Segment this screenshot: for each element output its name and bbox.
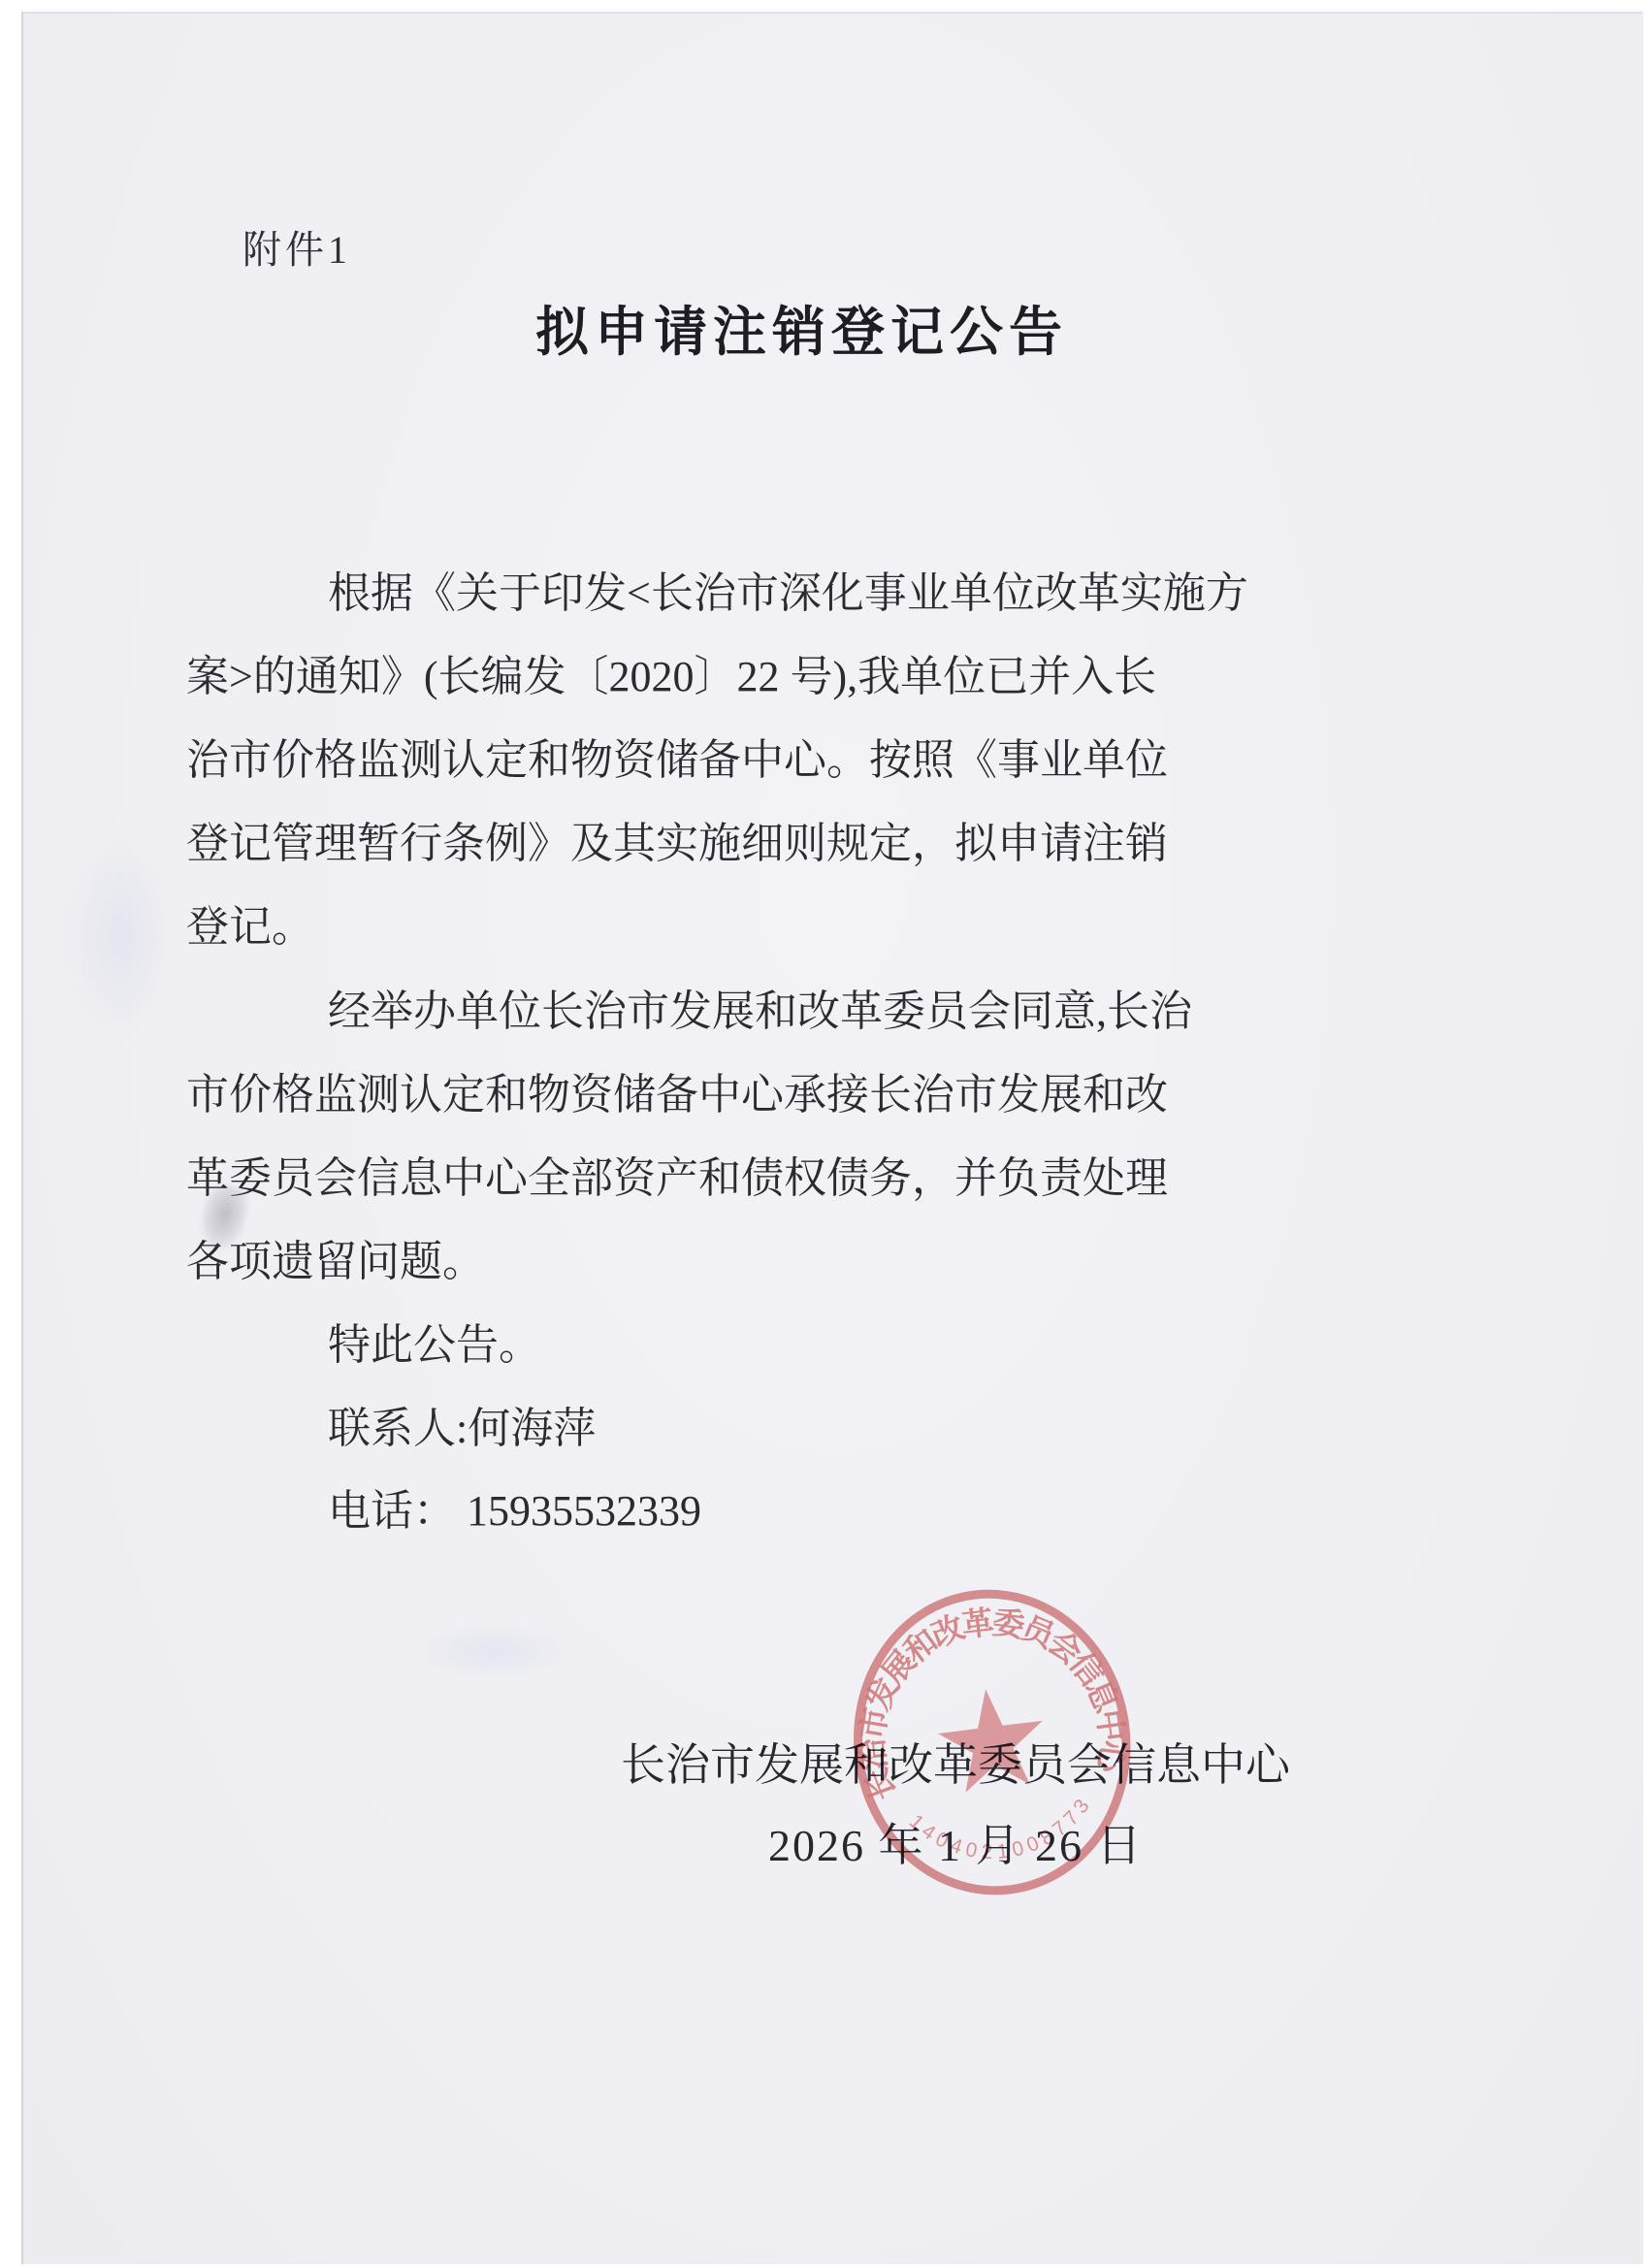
body-line: 革委员会信息中心全部资产和债权债务，并负责处理 xyxy=(186,1143,1168,1205)
body-line: 登记。 xyxy=(186,891,314,954)
body-line: 特此公告。 xyxy=(328,1310,541,1372)
scanned-page: 附件1 拟申请注销登记公告 根据《关于印发<长治市深化事业单位改革实施方 案>的… xyxy=(0,0,1649,2268)
body-line: 电话： 15935532339 xyxy=(328,1475,701,1538)
body-line: 治市价格监测认定和物资储备中心。按照《事业单位 xyxy=(186,725,1168,787)
attachment-label: 附件1 xyxy=(242,219,351,275)
paper-edge-left xyxy=(21,12,23,2264)
body-line: 登记管理暂行条例》及其实施细则规定，拟申请注销 xyxy=(186,808,1168,870)
document-title: 拟申请注销登记公告 xyxy=(535,289,1068,366)
scan-stain xyxy=(68,834,175,1038)
body-line: 根据《关于印发<长治市深化事业单位改革实施方 xyxy=(328,558,1248,620)
official-seal-icon: 长治市发展和改革委员会信息中心 1404021008773 xyxy=(824,1571,1161,1916)
body-line: 市价格监测认定和物资储备中心承接长治市发展和改 xyxy=(186,1059,1168,1121)
body-line: 联系人:何海萍 xyxy=(328,1393,596,1455)
seal-star-icon xyxy=(933,1683,1050,1796)
paper-edge-top xyxy=(21,12,1643,14)
body-line: 案>的通知》(长编发〔2020〕22 号),我单位已并入长 xyxy=(186,641,1156,703)
scan-stain xyxy=(407,1622,582,1680)
body-line: 经举办单位长治市发展和改革委员会同意,长治 xyxy=(328,976,1192,1038)
